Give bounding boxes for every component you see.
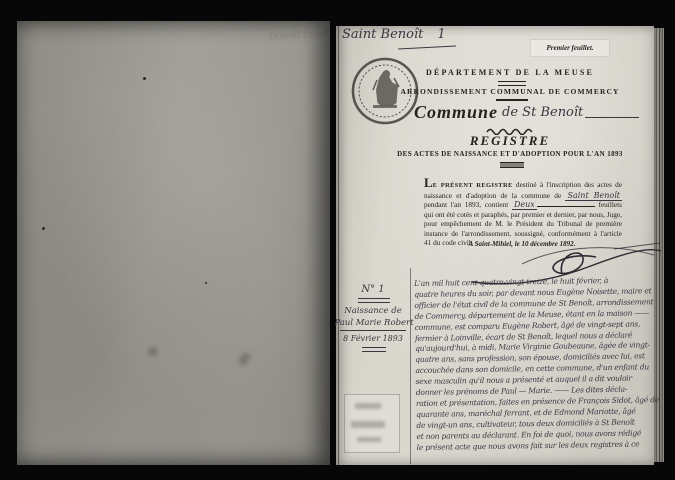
stamp-mark xyxy=(355,403,381,409)
arrondissement-heading: ARRONDISSEMENT COMMUNAL DE COMMERCY xyxy=(376,87,644,96)
annotation-underline xyxy=(398,45,456,49)
scanned-register-spread: Saint Benoît Saint Benoît1 Premier feuil… xyxy=(0,0,675,480)
commune-printed-word: Commune xyxy=(414,102,498,122)
paper-speck xyxy=(42,227,45,230)
register-title-page: Saint Benoît1 Premier feuillet. DÉPARTEM… xyxy=(336,26,654,465)
divider-rule xyxy=(496,99,528,101)
register-title: REGISTRE xyxy=(376,133,644,149)
margin-underline xyxy=(340,330,406,331)
act-nature-label: Naissance de xyxy=(336,306,410,316)
declaration-paragraph: LE PRÉSENT REGISTRE destiné à l'inscript… xyxy=(424,179,622,248)
act-body: L'an mil huit cent quatre-vingt-treize, … xyxy=(414,275,661,453)
margin-separator-rule xyxy=(410,268,411,464)
count-fill-handwritten: Deux xyxy=(512,200,537,210)
dropcap: L xyxy=(424,175,433,190)
act-date: 8 Février 1893 xyxy=(336,334,410,343)
act-number: N° 1 xyxy=(336,284,410,295)
fill-line xyxy=(585,117,639,118)
act-person-name: Paul Marie Robert xyxy=(333,318,415,328)
handwritten-archive-annotation: Saint Benoît1 xyxy=(342,27,446,42)
commune-fill-handwritten: Saint Benoît xyxy=(565,191,622,201)
stamp-mark xyxy=(351,421,385,428)
paper-speck xyxy=(205,282,207,284)
binding-crease xyxy=(338,26,339,465)
stamp-mark xyxy=(357,437,381,442)
annotation-number: 1 xyxy=(437,27,445,42)
paper-smudge xyxy=(237,351,252,368)
lead-smallcaps: E PRÉSENT REGISTRE xyxy=(433,182,513,189)
left-blank-page: Saint Benoît xyxy=(17,21,330,465)
commune-handwritten-name: de St Benoît xyxy=(502,105,583,120)
sheet-number-label: Premier feuillet. xyxy=(530,39,610,57)
ornament-bar xyxy=(500,162,524,168)
faint-stamp-box xyxy=(344,394,400,453)
bleedthrough-text: Saint Benoît xyxy=(269,25,329,43)
margin-underline xyxy=(358,298,390,303)
paper-speck xyxy=(143,77,146,80)
divider-rule xyxy=(498,81,526,86)
commune-line: Commune de St Benoît xyxy=(414,102,646,123)
declaration-body2: pendant l'an 1893, contient xyxy=(424,200,508,209)
paper-smudge xyxy=(148,347,158,356)
annotation-commune-text: Saint Benoît xyxy=(342,27,423,42)
department-heading: DÉPARTEMENT DE LA MEUSE xyxy=(376,68,644,77)
margin-underline xyxy=(362,347,386,352)
fill-line xyxy=(537,200,595,207)
register-subtitle: DES ACTES DE NAISSANCE ET D'ADOPTION POU… xyxy=(376,150,644,158)
